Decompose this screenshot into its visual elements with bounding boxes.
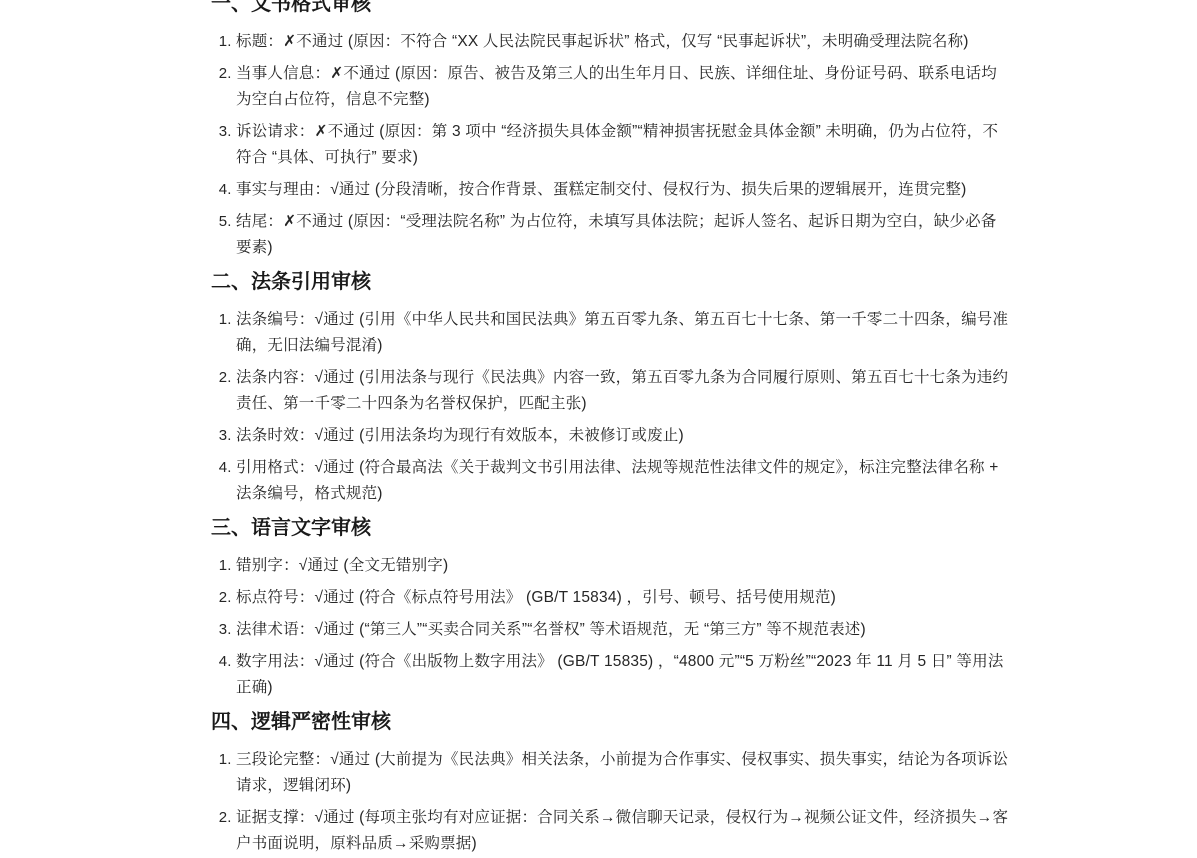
review-item: 引用格式：√通过 (符合最高法《关于裁判文书引用法律、法规等规范性法律文件的规定… xyxy=(236,455,1011,507)
review-item: 三段论完整：√通过 (大前提为《民法典》相关法条，小前提为合作事实、侵权事实、损… xyxy=(236,747,1011,799)
review-item: 事实与理由：√通过 (分段清晰，按合作背景、蛋糕定制交付、侵权行为、损失后果的逻… xyxy=(236,177,1011,203)
review-item: 法律术语：√通过 (“第三人”“买卖合同关系”“名誉权” 等术语规范，无 “第三… xyxy=(236,617,1011,643)
section-heading: 一、文书格式审核 xyxy=(211,0,1011,19)
review-item: 证据支撑：√通过 (每项主张均有对应证据：合同关系→微信聊天记录，侵权行为→视频… xyxy=(236,805,1011,857)
review-list: 法条编号：√通过 (引用《中华人民共和国民法典》第五百零九条、第五百七十七条、第… xyxy=(211,307,1011,507)
review-item: 法条编号：√通过 (引用《中华人民共和国民法典》第五百零九条、第五百七十七条、第… xyxy=(236,307,1011,359)
review-item: 数字用法：√通过 (符合《出版物上数字用法》 (GB/T 15835) ，“48… xyxy=(236,649,1011,701)
review-item: 标题：✗不通过 (原因：不符合 “XX 人民法院民事起诉状” 格式，仅写 “民事… xyxy=(236,29,1011,55)
review-list: 错别字：√通过 (全文无错别字) 标点符号：√通过 (符合《标点符号用法》 (G… xyxy=(211,553,1011,701)
review-item: 法条时效：√通过 (引用法条均为现行有效版本，未被修订或废止) xyxy=(236,423,1011,449)
review-list: 标题：✗不通过 (原因：不符合 “XX 人民法院民事起诉状” 格式，仅写 “民事… xyxy=(211,29,1011,261)
review-item: 结尾：✗不通过 (原因：“受理法院名称” 为占位符，未填写具体法院；起诉人签名、… xyxy=(236,209,1011,261)
review-section-language: 三、语言文字审核 错别字：√通过 (全文无错别字) 标点符号：√通过 (符合《标… xyxy=(211,513,1011,701)
review-item: 错别字：√通过 (全文无错别字) xyxy=(236,553,1011,579)
review-document: 一、文书格式审核 标题：✗不通过 (原因：不符合 “XX 人民法院民事起诉状” … xyxy=(211,0,1011,858)
section-heading: 三、语言文字审核 xyxy=(211,513,1011,543)
review-list: 三段论完整：√通过 (大前提为《民法典》相关法条，小前提为合作事实、侵权事实、损… xyxy=(211,747,1011,857)
review-section-logic: 四、逻辑严密性审核 三段论完整：√通过 (大前提为《民法典》相关法条，小前提为合… xyxy=(211,707,1011,857)
review-section-format: 一、文书格式审核 标题：✗不通过 (原因：不符合 “XX 人民法院民事起诉状” … xyxy=(211,0,1011,261)
review-item: 诉讼请求：✗不通过 (原因：第 3 项中 “经济损失具体金额”“精神损害抚慰金具… xyxy=(236,119,1011,171)
section-heading: 二、法条引用审核 xyxy=(211,267,1011,297)
review-item: 当事人信息：✗不通过 (原因：原告、被告及第三人的出生年月日、民族、详细住址、身… xyxy=(236,61,1011,113)
review-item: 法条内容：√通过 (引用法条与现行《民法典》内容一致，第五百零九条为合同履行原则… xyxy=(236,365,1011,417)
review-item: 标点符号：√通过 (符合《标点符号用法》 (GB/T 15834) ，引号、顿号… xyxy=(236,585,1011,611)
section-heading: 四、逻辑严密性审核 xyxy=(211,707,1011,737)
review-section-citation: 二、法条引用审核 法条编号：√通过 (引用《中华人民共和国民法典》第五百零九条、… xyxy=(211,267,1011,507)
